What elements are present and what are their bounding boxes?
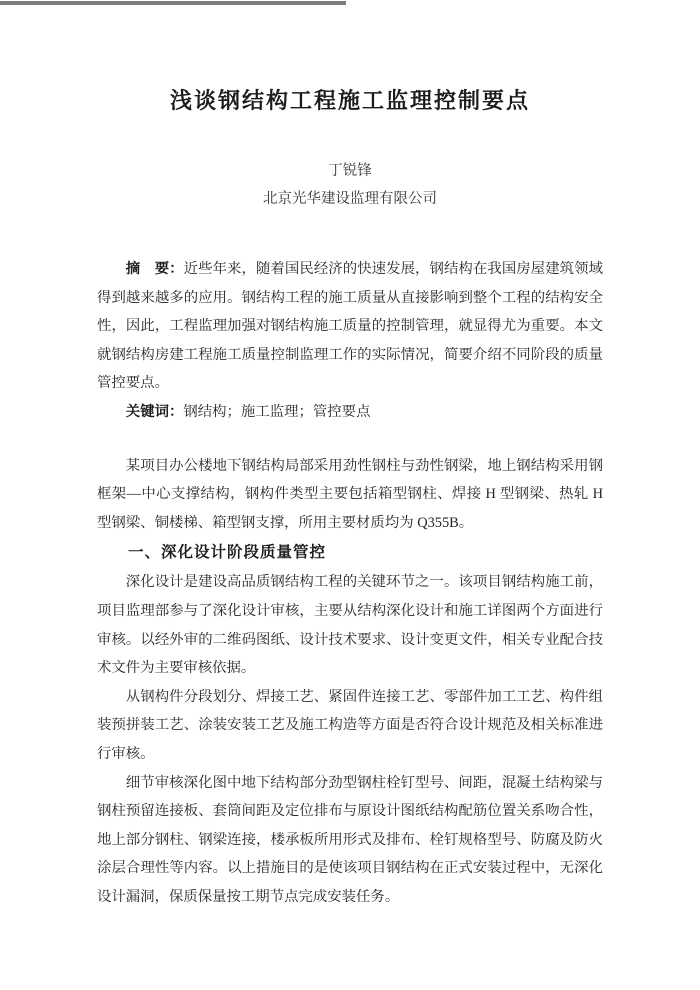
section-1-paragraph-3: 细节审核深化图中地下结构部分劲型钢柱栓钉型号、间距，混凝土结构梁与钢柱预留连接板… xyxy=(97,769,603,912)
keywords-label: 关键词： xyxy=(126,404,184,420)
abstract-paragraph: 摘 要：近些年来，随着国民经济的快速发展，钢结构在我国房屋建筑领域得到越来越多的… xyxy=(97,255,603,398)
document-page: 浅谈钢结构工程施工监理控制要点 丁锐锋 北京光华建设监理有限公司 摘 要：近些年… xyxy=(0,0,700,990)
section-1-heading: 一、深化设计阶段质量管控 xyxy=(97,538,603,568)
keywords-line: 关键词：钢结构；施工监理；管控要点 xyxy=(97,398,603,427)
top-gray-bar xyxy=(0,1,346,5)
document-content: 浅谈钢结构工程施工监理控制要点 丁锐锋 北京光华建设监理有限公司 摘 要：近些年… xyxy=(0,87,700,911)
abstract-text: 近些年来，随着国民经济的快速发展，钢结构在我国房屋建筑领域得到越来越多的应用。钢… xyxy=(97,261,603,391)
section-1-paragraph-2: 从钢构件分段划分、焊接工艺、紧固件连接工艺、零部件加工工艺、构件组装预拼装工艺、… xyxy=(97,683,603,769)
intro-paragraph: 某项目办公楼地下钢结构局部采用劲性钢柱与劲性钢梁，地上钢结构采用钢框架—中心支撑… xyxy=(97,452,603,538)
keywords-text: 钢结构；施工监理；管控要点 xyxy=(183,404,370,420)
section-1-paragraph-1: 深化设计是建设高品质钢结构工程的关键环节之一。该项目钢结构施工前，项目监理部参与… xyxy=(97,568,603,682)
abstract-label: 摘 要： xyxy=(126,261,184,277)
author-affiliation: 北京光华建设监理有限公司 xyxy=(97,190,603,209)
page-title: 浅谈钢结构工程施工监理控制要点 xyxy=(97,87,603,114)
author-name: 丁锐锋 xyxy=(97,162,603,181)
